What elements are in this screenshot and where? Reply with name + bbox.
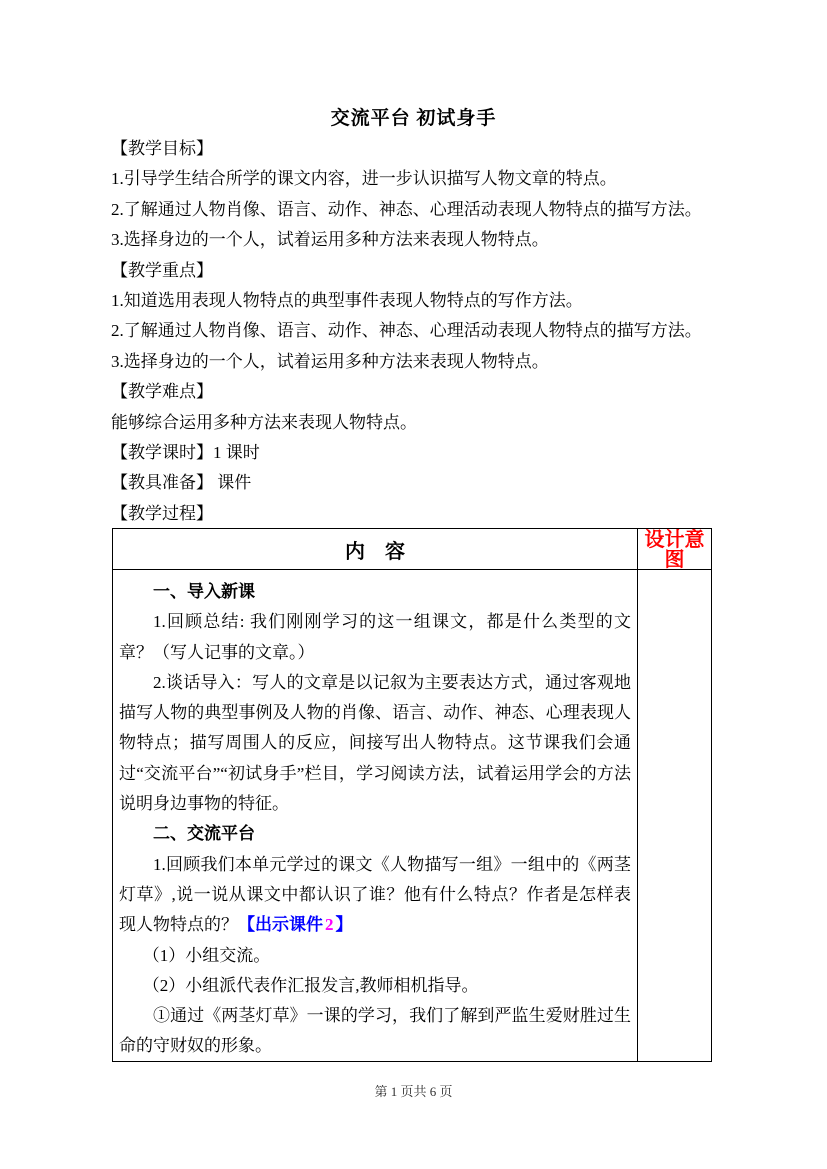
goal-item-3: 3.选择身边的一个人，试着运用多种方法来表现人物特点。 (111, 225, 717, 255)
heading-class-hours: 【教学课时】1 课时 (111, 438, 717, 468)
section-heading-intro: 一、导入新课 (119, 577, 631, 607)
document-title: 交流平台 初试身手 (0, 103, 827, 130)
focus-item-2: 2.了解通过人物肖像、语言、动作、神态、心理活动表现人物特点的描写方法。 (111, 316, 717, 346)
point-yanjiansheng: ①通过《两茎灯草》一课的学习，我们了解到严监生爱财胜过生命的守财奴的形象。 (119, 1001, 631, 1061)
page-number-footer: 第 1 页共 6 页 (0, 1081, 827, 1100)
courseware-cue-number: 2 (323, 915, 336, 934)
table-header-row: 内 容 设计意图 (113, 529, 711, 570)
table-header-design-intent: 设计意图 (638, 529, 711, 569)
goal-item-2: 2.了解通过人物肖像、语言、动作、神态、心理活动表现人物特点的描写方法。 (111, 195, 717, 225)
step-group-discussion: （1）小组交流。 (119, 941, 631, 971)
paragraph-review-texts: 1.回顾我们本单元学过的课文《人物描写一组》一组中的《两茎灯草》,说一说从课文中… (119, 850, 631, 941)
heading-teaching-process: 【教学过程】 (111, 499, 717, 529)
heading-teaching-aids: 【教具准备】 课件 (111, 468, 717, 498)
design-intent-cell (638, 570, 711, 1061)
heading-teaching-difficulty: 【教学难点】 (111, 377, 717, 407)
paragraph-talk-intro: 2.谈话导入：写人的文章是以记叙为主要表达方式，通过客观地描写人物的典型事例及人… (119, 668, 631, 819)
paragraph-review-summary: 1.回顾总结: 我们刚刚学习的这一组课文，都是什么类型的文章？（写人记事的文章。… (119, 607, 631, 668)
courseware-cue-open: 【出示课件 (238, 915, 323, 934)
document-page: { "colors": { "design-red": "#FF0000", "… (0, 0, 827, 1169)
paragraph-review-texts-text: 1.回顾我们本单元学过的课文《人物描写一组》一组中的《两茎灯草》,说一说从课文中… (119, 855, 631, 935)
section-heading-platform: 二、交流平台 (119, 819, 631, 849)
heading-teaching-goals: 【教学目标】 (111, 134, 717, 164)
table-content-cell: 一、导入新课 1.回顾总结: 我们刚刚学习的这一组课文，都是什么类型的文章？（写… (113, 570, 638, 1061)
front-matter: 【教学目标】 1.引导学生结合所学的课文内容，进一步认识描写人物文章的特点。 2… (111, 134, 717, 529)
difficulty-text: 能够综合运用多种方法来表现人物特点。 (111, 408, 717, 438)
focus-item-1: 1.知道选用表现人物特点的典型事件表现人物特点的写作方法。 (111, 286, 717, 316)
table-body-row: 一、导入新课 1.回顾总结: 我们刚刚学习的这一组课文，都是什么类型的文章？（写… (113, 570, 711, 1061)
step-group-report: （2）小组派代表作汇报发言,教师相机指导。 (119, 971, 631, 1001)
heading-teaching-focus: 【教学重点】 (111, 256, 717, 286)
lesson-process-table: 内 容 设计意图 一、导入新课 1.回顾总结: 我们刚刚学习的这一组课文，都是什… (112, 528, 712, 1062)
table-header-content: 内 容 (113, 529, 638, 569)
courseware-cue-close: 】 (336, 915, 353, 934)
focus-item-3: 3.选择身边的一个人，试着运用多种方法来表现人物特点。 (111, 347, 717, 377)
goal-item-1: 1.引导学生结合所学的课文内容，进一步认识描写人物文章的特点。 (111, 164, 717, 194)
